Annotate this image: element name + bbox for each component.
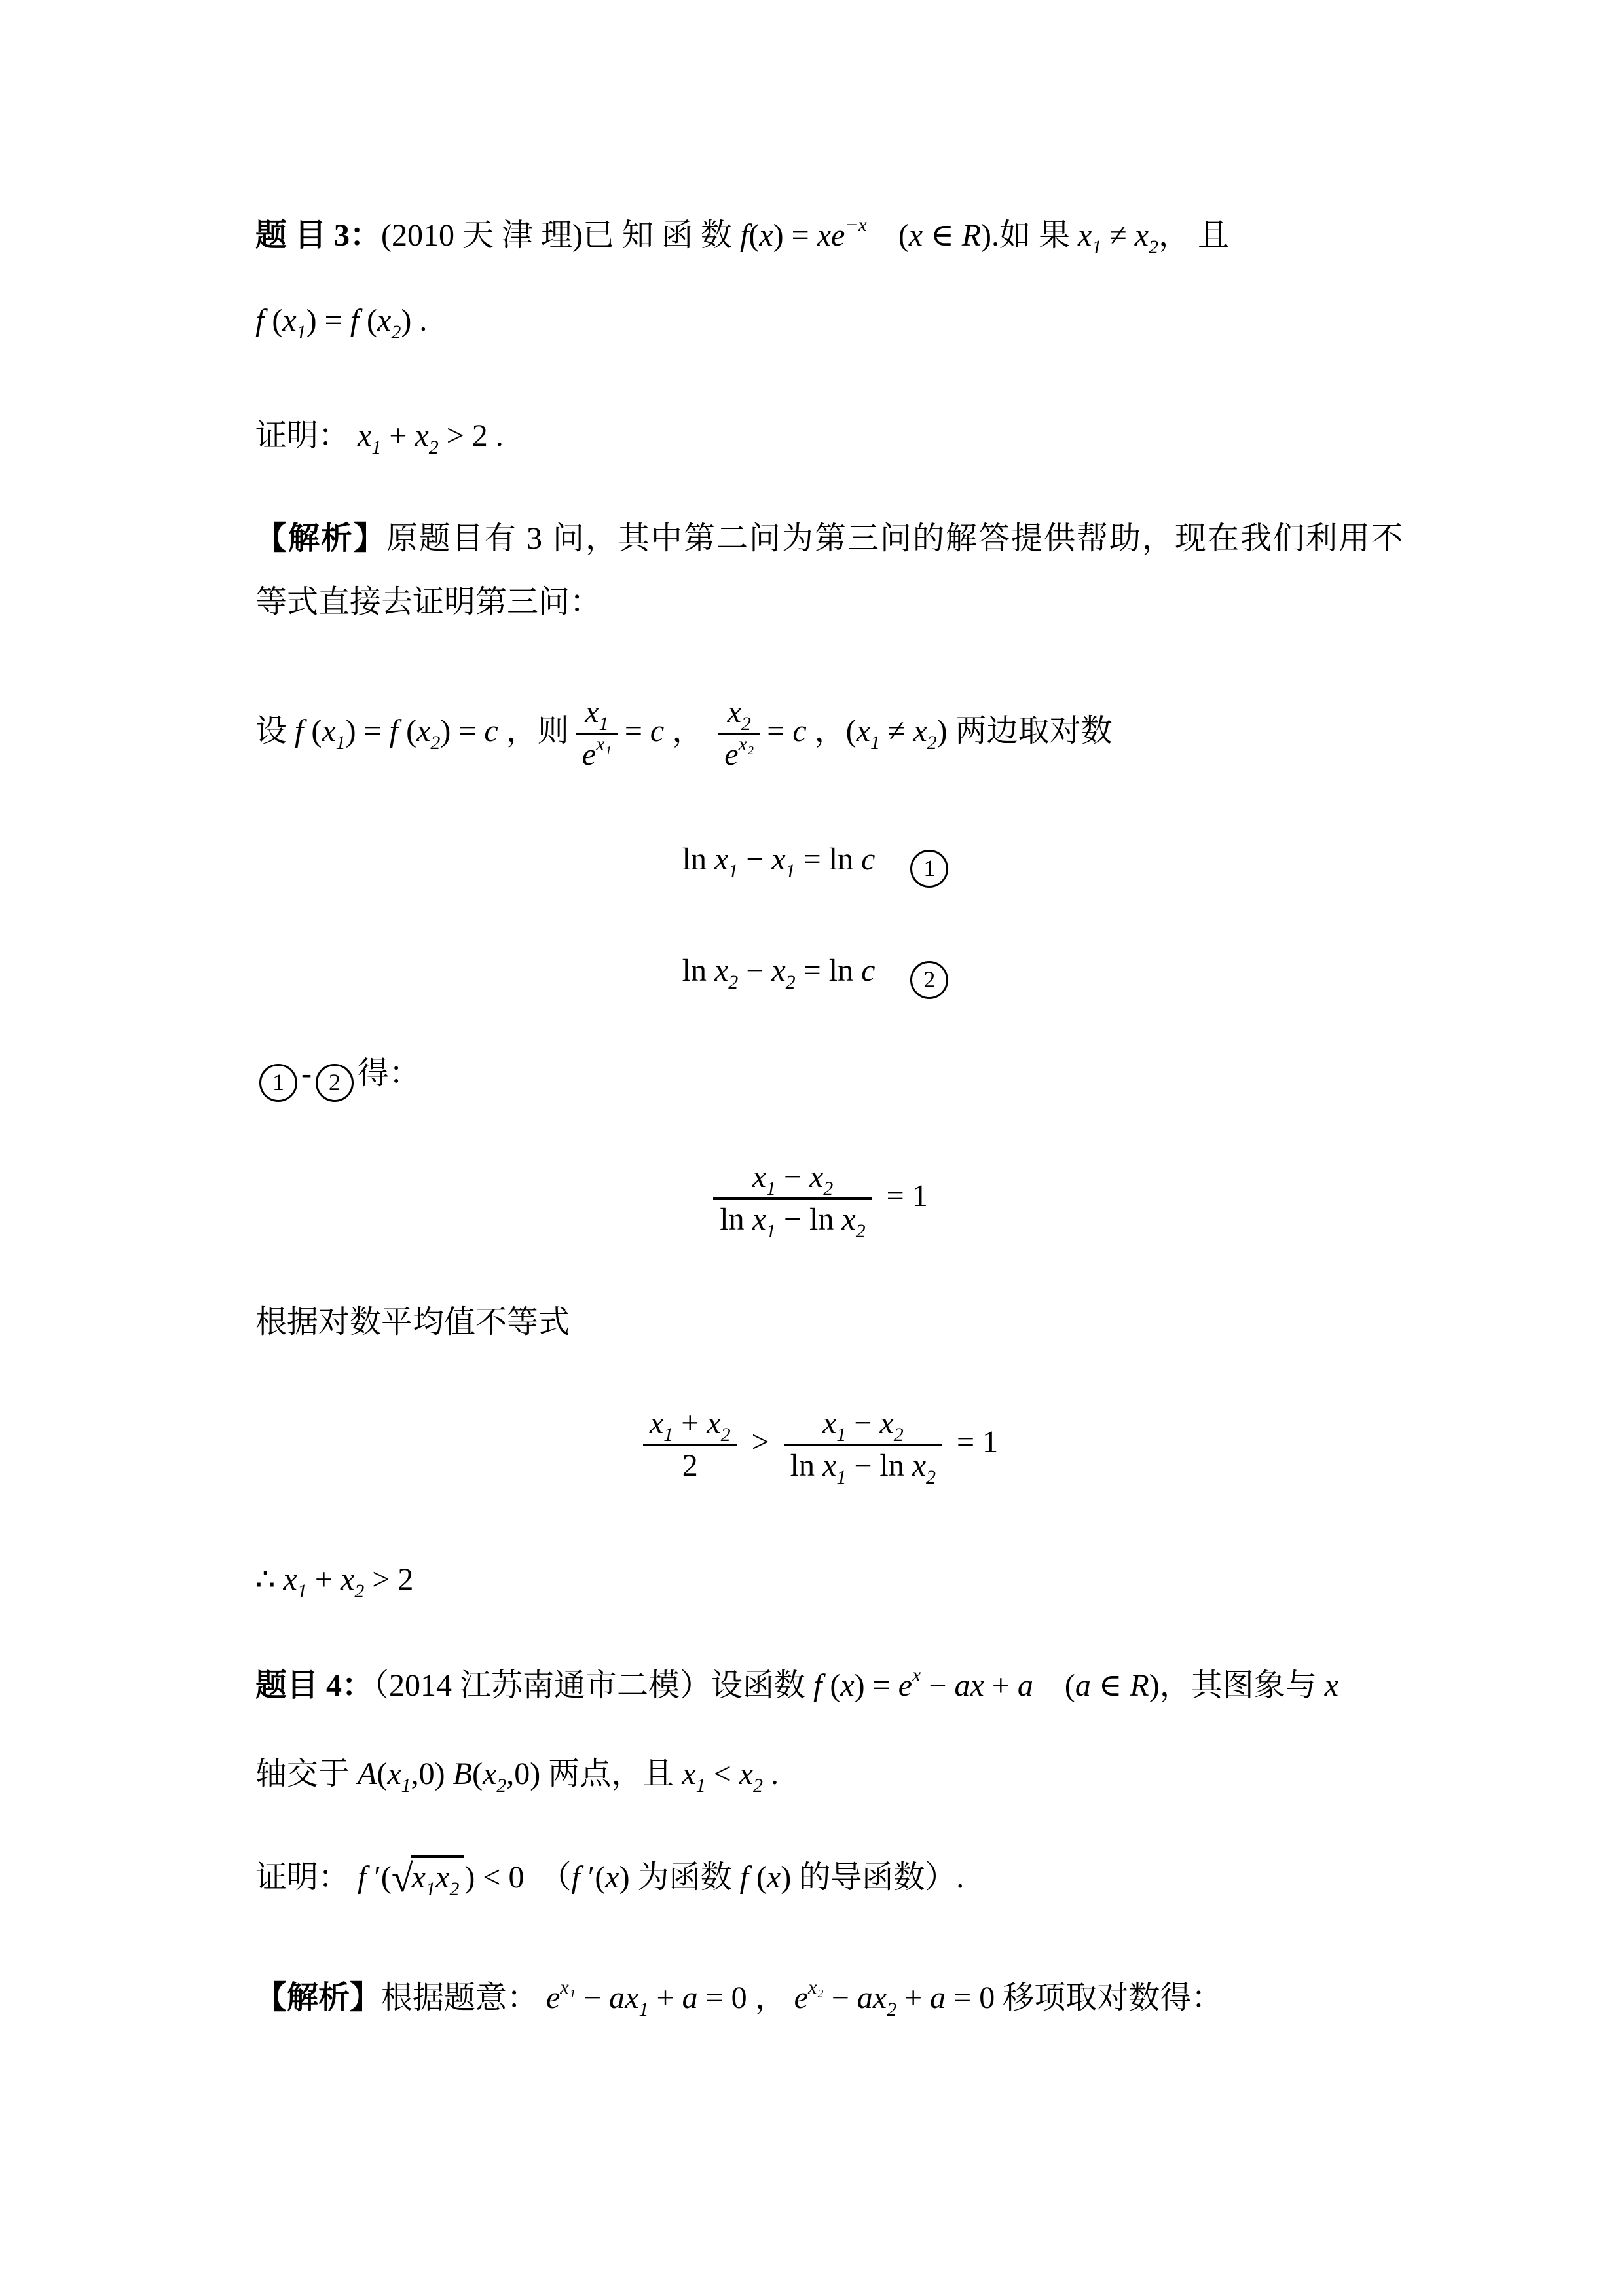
text-run: ≠ xyxy=(880,714,913,748)
math-run: c xyxy=(484,714,498,748)
text-run: = 1 xyxy=(879,1178,928,1213)
text-run: ∴ xyxy=(255,1562,284,1597)
subscript: 1 xyxy=(786,860,796,882)
math-run: x xyxy=(1135,218,1149,253)
math-run: x xyxy=(415,418,428,453)
text-run: + xyxy=(896,1980,930,2015)
analysis3-line1: 【解析】原题目有 3 问，其中第二问为第三问的解答提供帮助，现在我们利用不 xyxy=(255,519,1379,558)
math-run: x xyxy=(412,1860,426,1895)
text-run: ( xyxy=(398,714,416,748)
math-run: x xyxy=(416,714,430,748)
text-run: 等式直接去证明第三问： xyxy=(255,585,601,619)
superscript: x₁ xyxy=(560,1977,576,1998)
text-run: ( xyxy=(867,218,909,253)
text-run: − ln xyxy=(846,1448,912,1483)
math-run: x xyxy=(728,695,741,729)
text-run: - xyxy=(301,1056,312,1091)
text-run: ,0) xyxy=(411,1757,453,1791)
math-run: x xyxy=(350,418,371,453)
text-run: ( xyxy=(264,303,282,338)
math-run: c xyxy=(650,714,664,748)
subscript: 2 xyxy=(728,972,738,993)
math-run: e xyxy=(794,1980,808,2015)
text-run: ) = xyxy=(346,714,390,748)
text-run: + xyxy=(381,418,415,453)
math-run: f xyxy=(571,1860,580,1895)
subscript: 2 xyxy=(887,1999,896,2020)
text-run: 【解析】 xyxy=(255,1980,381,2015)
math-run: f xyxy=(390,714,398,748)
text-run: ( xyxy=(472,1757,483,1791)
text-run: ln xyxy=(790,1448,822,1483)
subscript: 1 xyxy=(336,732,346,754)
math-run: x xyxy=(435,1860,449,1895)
text-run: ( xyxy=(359,303,377,338)
text-run: + xyxy=(984,1668,1018,1703)
text-run: （2014 江苏南通市二模）设函数 xyxy=(373,1668,805,1703)
math-run: f xyxy=(255,303,264,338)
math-run: e xyxy=(724,737,738,772)
problem4-heading-line2: 轴交于 A(x1,0) B(x2,0) 两点，且 x1 < x2 . xyxy=(255,1755,1379,1794)
text-run: ( xyxy=(822,1668,840,1703)
text-run: = ln xyxy=(796,953,861,988)
subscript: 1 xyxy=(663,1424,673,1446)
math-run: x xyxy=(714,842,728,877)
math-run: x xyxy=(585,695,599,729)
text-run: ) 为函数 xyxy=(619,1860,740,1895)
subscript: 1 xyxy=(836,1467,846,1488)
fraction: x1 − x2ln x1 − ln x2 xyxy=(784,1406,942,1484)
subscript: 1 xyxy=(426,1878,435,1900)
text-run: ，( xyxy=(807,714,857,748)
subscript: 1 xyxy=(836,1424,846,1446)
math-run: a xyxy=(1018,1668,1033,1703)
text-run: 题目 4： xyxy=(255,1668,373,1703)
math-run: x xyxy=(284,1562,297,1597)
text-run xyxy=(875,842,906,877)
equation-3: x1 − x2ln x1 − ln x2 = 1 xyxy=(255,1160,1379,1237)
text-run: = ln xyxy=(796,842,861,877)
text-run: + xyxy=(673,1406,707,1440)
math-run: f xyxy=(350,303,359,338)
math-run: xe xyxy=(817,218,845,253)
text-run: ,0) xyxy=(506,1757,540,1791)
subscript: 2 xyxy=(741,713,751,735)
problem4-prove-statement: 证明： f ′(√x1x2) < 0 （f ′(x) 为函数 f (x) 的导函… xyxy=(255,1854,1379,1903)
text-run: . xyxy=(763,1757,779,1791)
math-run: x xyxy=(707,1406,720,1440)
math-run: f xyxy=(350,1860,366,1895)
text-run: 根据对数平均值不等式 xyxy=(255,1305,570,1339)
text-run: < xyxy=(706,1757,739,1791)
subscript: 1 xyxy=(371,437,381,458)
text-run: ，则 xyxy=(498,714,569,748)
text-run: 设 xyxy=(255,714,287,748)
math-run: ax xyxy=(857,1980,887,2015)
math-run: A xyxy=(358,1757,377,1791)
math-run: x xyxy=(739,1757,753,1791)
text-run: ≠ xyxy=(1101,218,1134,253)
math-run: x xyxy=(771,953,785,988)
problem3-heading-line1: 题 目 3：(2010 天 津 理)已 知 函 数 f(x) = xe−x (x… xyxy=(255,216,1379,255)
text-run: ) . xyxy=(401,303,427,338)
text-run: ， 且 xyxy=(1158,218,1229,253)
circled-number: 1 xyxy=(259,1064,297,1102)
text-run: = xyxy=(625,714,650,748)
superscript: x₂ xyxy=(808,1977,824,1998)
text-run: ( xyxy=(377,1757,387,1791)
math-run: x xyxy=(879,1406,893,1440)
math-run: ax xyxy=(954,1668,984,1703)
math-run: x xyxy=(282,303,296,338)
circled-number: 2 xyxy=(316,1064,354,1102)
text-run: ln xyxy=(720,1202,752,1237)
subscript: 2 xyxy=(1149,236,1158,258)
text-run: ) 的导函数）. xyxy=(781,1860,964,1895)
text-run: − xyxy=(921,1668,954,1703)
math-run: x xyxy=(752,1202,766,1237)
text-run: 原题目有 3 问，其中第二问为第三问的解答提供帮助，现在我们利用不 xyxy=(386,521,1404,556)
text-run: = 1 xyxy=(949,1425,998,1459)
subscript: 1 xyxy=(696,1775,706,1796)
subscript: 1 xyxy=(766,1220,776,1242)
text-run: ) = xyxy=(306,303,350,338)
text-run: 2 xyxy=(682,1448,698,1483)
superscript: −x xyxy=(845,214,867,236)
analysis4-line1: 【解析】根据题意： ex₁ − ax1 + a = 0 ， ex₂ − ax2 … xyxy=(255,1978,1379,2018)
subscript: 2 xyxy=(496,1775,506,1796)
math-run: x xyxy=(714,953,728,988)
circled-number: 1 xyxy=(910,850,948,888)
text-run: ( xyxy=(303,714,322,748)
math-run: c xyxy=(792,714,806,748)
subscript: 1 xyxy=(297,321,306,343)
math-run: x xyxy=(822,1406,836,1440)
math-run: e xyxy=(538,1980,560,2015)
math-run: x xyxy=(483,1757,496,1791)
subscript: 2 xyxy=(753,1775,763,1796)
text-run: 两点，且 xyxy=(540,1757,682,1791)
text-run: ∈ xyxy=(923,218,962,253)
text-run: ln xyxy=(682,842,714,877)
subscript: 1 xyxy=(599,713,608,735)
text-run: − xyxy=(738,842,771,877)
fraction: x1ex₁ xyxy=(576,695,618,773)
fraction: x1 − x2ln x1 − ln x2 xyxy=(713,1160,872,1237)
math-run: a xyxy=(930,1980,946,2015)
problem3-heading-line2: f (x1) = f (x2) . xyxy=(255,301,1379,340)
sqrt-radical: √x1x2 xyxy=(392,1854,465,1903)
text-run: 证明： xyxy=(255,418,350,453)
text-run: > xyxy=(744,1425,777,1459)
superscript: x xyxy=(912,1664,921,1686)
fraction: x2ex₂ xyxy=(718,695,760,773)
math-run: c xyxy=(861,842,875,877)
math-run: x xyxy=(909,218,923,253)
math-run: f xyxy=(740,218,748,253)
subscript: 1 xyxy=(728,860,738,882)
text-run: 得： xyxy=(358,1056,420,1091)
math-run: ax xyxy=(609,1980,638,2015)
math-run: x xyxy=(341,1562,354,1597)
subscript: 2 xyxy=(786,972,796,993)
math-run: x xyxy=(387,1757,401,1791)
math-run: x xyxy=(605,1860,619,1895)
math-run: x xyxy=(650,1406,663,1440)
text-run: − ln xyxy=(776,1202,841,1237)
math-run: x xyxy=(857,714,870,748)
subscript: 2 xyxy=(430,732,440,754)
math-run: x xyxy=(822,1448,836,1483)
subscript: 2 xyxy=(926,1467,936,1488)
text-run: = 0 移项取对数得： xyxy=(946,1980,1223,2015)
subscript: 2 xyxy=(823,1178,833,1199)
math-run: x xyxy=(771,842,785,877)
setup-line: 设 f (x1) = f (x2) = c ，则x1ex₁= c ， x2ex₂… xyxy=(255,695,1379,773)
text-run: ′( xyxy=(366,1860,391,1895)
subscript: 2 xyxy=(856,1220,866,1242)
math-run: x xyxy=(1325,1668,1338,1703)
equation-2: ln x2 − x2 = ln c 2 xyxy=(255,951,1379,999)
text-run: ) = xyxy=(440,714,484,748)
math-run: f xyxy=(287,714,303,748)
text-run: 根据题意： xyxy=(381,1980,538,2015)
math-run: x xyxy=(841,1202,855,1237)
text-run: ) = xyxy=(773,218,817,253)
math-run: x xyxy=(767,1860,781,1895)
math-run: e xyxy=(582,737,596,772)
math-run: f xyxy=(805,1668,822,1703)
text-run: + xyxy=(648,1980,682,2015)
text-run: > 2 xyxy=(364,1562,413,1597)
subscript: 1 xyxy=(766,1178,776,1199)
text-run: − xyxy=(738,953,771,988)
subscript: 2 xyxy=(354,1580,364,1602)
text-run: − xyxy=(846,1406,879,1440)
text-run: (2010 天 津 理)已 知 函 数 xyxy=(381,218,740,253)
text-run xyxy=(875,953,906,988)
subscript: 2 xyxy=(927,732,937,754)
math-run: e xyxy=(898,1668,912,1703)
problem4-heading-line1: 题目 4：（2014 江苏南通市二模）设函数 f (x) = ex − ax +… xyxy=(255,1666,1379,1705)
text-run: = 0 ， xyxy=(698,1980,794,2015)
text-run: ).如 果 xyxy=(981,218,1078,253)
math-run: x xyxy=(682,1757,695,1791)
text-run: ) < 0 （ xyxy=(464,1860,571,1895)
math-run: c xyxy=(861,953,875,988)
math-run: x xyxy=(322,714,335,748)
math-run: R xyxy=(1130,1668,1149,1703)
math-run: a xyxy=(682,1980,698,2015)
text-run: − xyxy=(576,1980,609,2015)
text-run: + xyxy=(307,1562,341,1597)
subscript: 1 xyxy=(638,1999,648,2020)
text-run: ) = xyxy=(855,1668,898,1703)
text-run: ( xyxy=(748,1860,767,1895)
subscript: 1 xyxy=(870,732,880,754)
text-run: ， xyxy=(664,714,711,748)
analysis3-line2: 等式直接去证明第三问： xyxy=(255,583,1379,622)
math-run: B xyxy=(453,1757,472,1791)
text-run: = xyxy=(767,714,792,748)
log-mean-note: 根据对数平均值不等式 xyxy=(255,1303,1379,1342)
math-run: R xyxy=(962,218,981,253)
text-run: ′( xyxy=(580,1860,605,1895)
subscript: 2 xyxy=(721,1424,731,1446)
fraction: x1 + x22 xyxy=(643,1406,737,1484)
text-run: ln xyxy=(682,953,714,988)
subscript: 2 xyxy=(894,1424,904,1446)
text-run: − xyxy=(776,1159,809,1194)
math-run: x xyxy=(759,218,773,253)
subscript: 1 xyxy=(297,1580,307,1602)
math-run: a xyxy=(1075,1668,1091,1703)
text-run: − xyxy=(824,1980,857,2015)
document-page: 题 目 3：(2010 天 津 理)已 知 函 数 f(x) = xe−x (x… xyxy=(0,0,1624,2296)
text-run: ( xyxy=(1033,1668,1075,1703)
text-run: 轴交于 xyxy=(255,1757,358,1791)
superscript: x₂ xyxy=(739,733,754,755)
subscript: 1 xyxy=(401,1775,411,1796)
subscript: 1 xyxy=(1092,236,1101,258)
text-run: ( xyxy=(748,218,759,253)
circled-number: 2 xyxy=(910,961,948,999)
superscript: x₁ xyxy=(596,733,612,755)
math-run: x xyxy=(809,1159,823,1194)
equation-4: x1 + x22 > x1 − x2ln x1 − ln x2 = 1 xyxy=(255,1406,1379,1484)
equation-1: ln x1 − x1 = ln c 1 xyxy=(255,840,1379,888)
math-run: x xyxy=(377,303,391,338)
text-run: 【解析】 xyxy=(255,521,386,556)
text-run: > 2 . xyxy=(439,418,504,453)
math-run: f xyxy=(740,1860,748,1895)
conclusion-line: ∴ x1 + x2 > 2 xyxy=(255,1560,1379,1599)
text-run: 证明： xyxy=(255,1860,350,1895)
math-run: x xyxy=(913,714,927,748)
math-run: x xyxy=(752,1159,766,1194)
text-run: )，其图象与 xyxy=(1149,1668,1325,1703)
subscript: 2 xyxy=(429,437,439,458)
text-run: ∈ xyxy=(1091,1668,1130,1703)
subscript: 2 xyxy=(391,321,401,343)
subscript: 2 xyxy=(449,1878,459,1900)
subtract-line: 1-2得： xyxy=(255,1054,1379,1102)
text-run: 题 目 3： xyxy=(255,218,381,253)
math-run: x xyxy=(840,1668,854,1703)
math-run: x xyxy=(1078,218,1092,253)
problem3-prove-statement: 证明： x1 + x2 > 2 . xyxy=(255,416,1379,456)
text-run: ) 两边取对数 xyxy=(937,714,1113,748)
math-run: x xyxy=(912,1448,926,1483)
